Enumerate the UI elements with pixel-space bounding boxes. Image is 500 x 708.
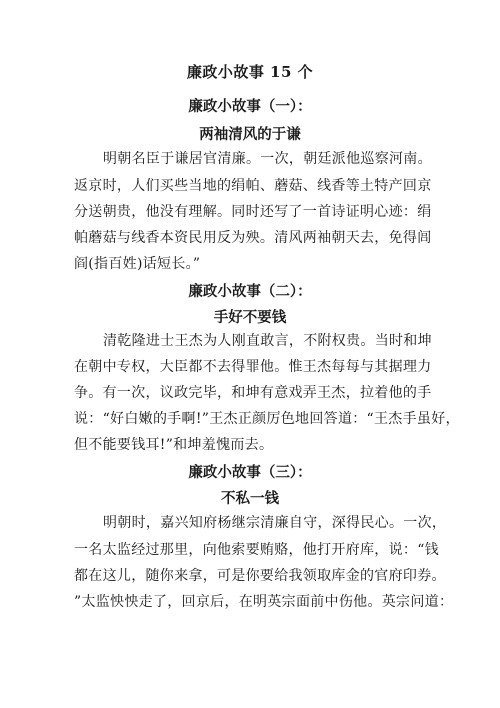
story-1-line-5: 阎(指百姓)话短长。”: [74, 254, 419, 274]
story-1-line-4: 帕蘑菇与线香本资民用反为殃。清风两袖朝天去，免得闾: [74, 228, 419, 248]
story-3-line-1: 明朝时，嘉兴知府杨继宗清廉自守，深得民心。一次，: [103, 513, 448, 533]
story-3-line-4: ”太监怏怏走了，回京后，在明英宗面前中伤他。英宗问道：: [74, 592, 419, 612]
story-2-line-2: 在朝中专权，大臣都不去得罪他。惟王杰每每与其据理力: [74, 357, 419, 377]
story-3-heading: 廉政小故事（三）：: [0, 461, 500, 482]
story-3-line-2: 一名太监经过那里，向他索要贿赂，他打开府库，说：“钱: [74, 540, 419, 560]
story-2-line-3: 争。有一次，议政完毕，和坤有意戏弄王杰，拉着他的手: [74, 383, 419, 403]
story-2-subtitle: 手好不要钱: [0, 306, 500, 327]
document-page: 廉政小故事 15 个 廉政小故事（一）： 两袖清风的于谦 明朝名臣于谦居官清廉。…: [0, 0, 500, 708]
story-2-line-4: 说：“好白嫩的手啊!”王杰正颜厉色地回答道：“王杰手虽好，: [74, 409, 419, 429]
story-1-line-3: 分送朝贵，他没有理解。同时还写了一首诗证明心迹：绢: [74, 202, 419, 222]
story-3-line-3: 都在这儿，随你来拿，可是你要给我领取库金的官府印券。: [74, 566, 419, 586]
story-1-heading: 廉政小故事（一）：: [0, 95, 500, 116]
story-1-line-1: 明朝名臣于谦居官清廉。一次，朝廷派他巡察河南。: [103, 149, 448, 169]
story-1-subtitle: 两袖清风的于谦: [0, 123, 500, 144]
story-2-line-1: 清乾隆进士王杰为人刚直敢言，不附权贵。当时和坤: [103, 331, 448, 351]
story-2-line-5: 但不能要钱耳!”和坤羞愧而去。: [74, 435, 419, 455]
story-3-subtitle: 不私一钱: [0, 487, 500, 508]
document-title: 廉政小故事 15 个: [0, 61, 500, 82]
story-2-heading: 廉政小故事（二）：: [0, 280, 500, 301]
story-1-line-2: 返京时，人们买些当地的绢帕、蘑菇、线香等土特产回京: [74, 176, 419, 196]
